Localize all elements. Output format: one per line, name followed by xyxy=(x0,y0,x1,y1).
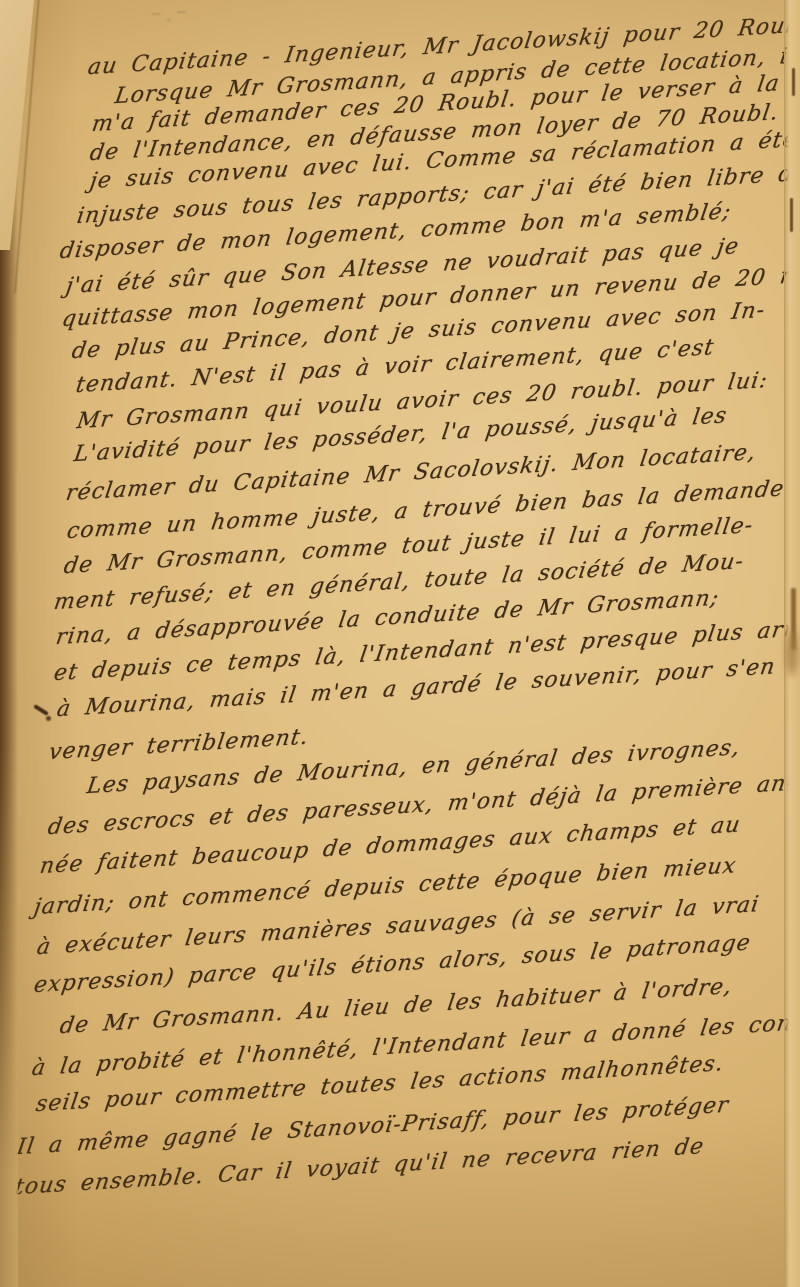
margin-ink-dot xyxy=(46,716,51,721)
edge-ink-smudge xyxy=(786,630,798,676)
page-edge-mark xyxy=(790,198,793,232)
handwritten-text-layer: au Capitaine - Ingenieur, Mr Jacolowskij… xyxy=(0,0,800,1287)
manuscript-line: venger terriblement. xyxy=(47,724,311,765)
manuscript-page: Lorsque Mr Grosmann, a appris de cette l… xyxy=(0,0,800,1287)
page-edge-mark xyxy=(792,68,795,96)
